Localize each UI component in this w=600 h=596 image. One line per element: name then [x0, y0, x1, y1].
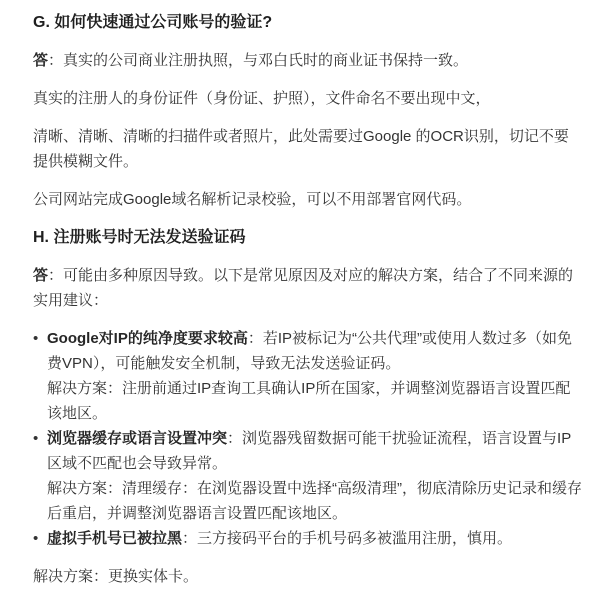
faq-document: G. 如何快速通过公司账号的验证? 答：真实的公司商业注册执照，与邓白氏时的商业… [0, 0, 600, 589]
answer-colon: ： [48, 52, 63, 69]
answer-text: 真实的公司商业注册执照，与邓白氏时的商业证书保持一致。 [63, 52, 468, 69]
bullet-dot-icon: • [33, 426, 47, 451]
bullet-dot-icon: • [33, 326, 47, 351]
list-item-browser-cache: • 浏览器缓存或语言设置冲突：浏览器残留数据可能干扰验证流程，语言设置与IP区域… [33, 426, 582, 526]
closing-solution: 解决方案：更换实体卡。 [33, 564, 582, 589]
list-item-body: 浏览器缓存或语言设置冲突：浏览器残留数据可能干扰验证流程，语言设置与IP区域不匹… [47, 430, 571, 472]
list-item-text: 三方接码平台的手机号码多被滥用注册，慎用。 [197, 530, 512, 547]
list-item-ip-purity: • Google对IP的纯净度要求较高：若IP被标记为“公共代理”或使用人数过多… [33, 326, 582, 426]
section-g-paragraph-4: 公司网站完成Google域名解析记录校验，可以不用部署官网代码。 [33, 187, 582, 212]
section-g-heading: G. 如何快速通过公司账号的验证? [33, 10, 582, 35]
answer-label: 答 [33, 52, 48, 69]
answer-colon: ： [48, 267, 63, 284]
solution-text: 解决方案：注册前通过IP查询工具确认IP所在国家，并调整浏览器语言设置匹配该地区… [47, 376, 582, 426]
answer-label: 答 [33, 267, 48, 284]
bullet-dot-icon: • [33, 526, 47, 551]
reasons-list: • Google对IP的纯净度要求较高：若IP被标记为“公共代理”或使用人数过多… [33, 326, 582, 551]
list-item-colon: ： [182, 530, 197, 547]
answer-text: 可能由多种原因导致。以下是常见原因及对应的解决方案，结合了不同来源的实用建议： [33, 267, 573, 309]
list-item-body: Google对IP的纯净度要求较高：若IP被标记为“公共代理”或使用人数过多（如… [47, 330, 572, 372]
section-g-paragraph-3: 清晰、清晰、清晰的扫描件或者照片，此处需要过Google 的OCR识别，切记不要… [33, 124, 582, 174]
section-g-answer: 答：真实的公司商业注册执照，与邓白氏时的商业证书保持一致。 [33, 48, 582, 73]
section-g-paragraph-2: 真实的注册人的身份证件（身份证、护照），文件命名不要出现中文， [33, 86, 582, 111]
list-item-virtual-phone: • 虚拟手机号已被拉黑：三方接码平台的手机号码多被滥用注册，慎用。 [33, 526, 582, 551]
section-h-answer: 答：可能由多种原因导致。以下是常见原因及对应的解决方案，结合了不同来源的实用建议… [33, 263, 582, 313]
list-item-colon: ： [248, 330, 263, 347]
list-item-body: 虚拟手机号已被拉黑：三方接码平台的手机号码多被滥用注册，慎用。 [47, 530, 512, 547]
section-h-heading: H. 注册账号时无法发送验证码 [33, 225, 582, 250]
list-item-label: Google对IP的纯净度要求较高 [47, 330, 248, 347]
list-item-label: 浏览器缓存或语言设置冲突 [47, 430, 227, 447]
solution-text: 解决方案：清理缓存：在浏览器设置中选择“高级清理”，彻底清除历史记录和缓存后重启… [47, 476, 582, 526]
list-item-label: 虚拟手机号已被拉黑 [47, 530, 182, 547]
list-item-colon: ： [227, 430, 242, 447]
